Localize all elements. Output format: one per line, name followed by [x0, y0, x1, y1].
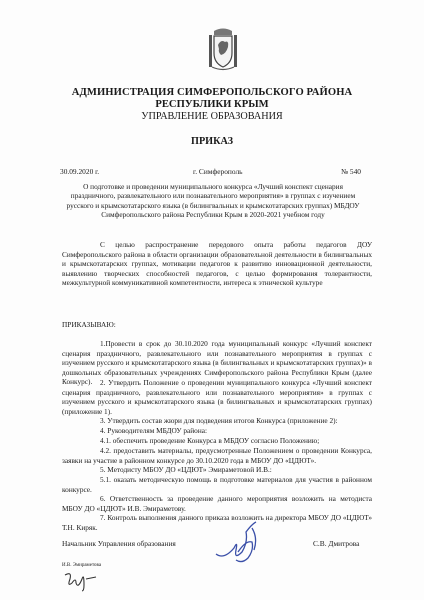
author-signature-icon [62, 569, 98, 593]
coat-of-arms-icon [208, 27, 238, 71]
signature-icon [212, 520, 268, 566]
signer-name: С.В. Дмитрова [313, 539, 359, 548]
doc-number: № 540 [341, 167, 361, 176]
doc-title: О подготовке и проведении муниципального… [60, 182, 366, 220]
document-page: АДМИНИСТРАЦИЯ СИМФЕРОПОЛЬСКОГО РАЙОНА РЕ… [0, 0, 424, 600]
order-item-4-1: 4.1. обеспечить проведение Конкурса в МБ… [62, 436, 372, 446]
author-name: И.В. Эмираметова [62, 563, 101, 568]
preamble: С целью распространение передового опыта… [62, 240, 372, 288]
signer-position: Начальник Управления образования [62, 539, 176, 548]
department-name: УПРАВЛЕНИЕ ОБРАЗОВАНИЯ [0, 111, 424, 122]
doc-type: ПРИКАЗ [0, 136, 424, 147]
order-item-3: 3. Утвердить состав жюри для подведения … [62, 416, 372, 426]
order-item-4-2: 4.2. предоставить материалы, предусмотре… [62, 446, 372, 465]
order-word: ПРИКАЗЫВАЮ: [62, 320, 372, 330]
doc-date: 30.09.2020 г. [60, 167, 99, 176]
order-item-5: 5. Методисту МБОУ ДО «ЦДЮТ» Эмираметовой… [62, 465, 372, 475]
order-item-2: 2. Утвердить Положение о проведении муни… [62, 378, 372, 416]
org-name-line2: РЕСПУБЛИКИ КРЫМ [0, 99, 424, 110]
doc-city: г. Симферополь [193, 167, 243, 176]
order-item-5-1: 5.1. оказать методическую помощь в подго… [62, 475, 372, 494]
order-item-4: 4. Руководителям МБДОУ района: [62, 426, 372, 436]
order-item-6: 6. Ответственность за проведение данного… [62, 494, 372, 513]
org-name-line1: АДМИНИСТРАЦИЯ СИМФЕРОПОЛЬСКОГО РАЙОНА [0, 87, 424, 98]
